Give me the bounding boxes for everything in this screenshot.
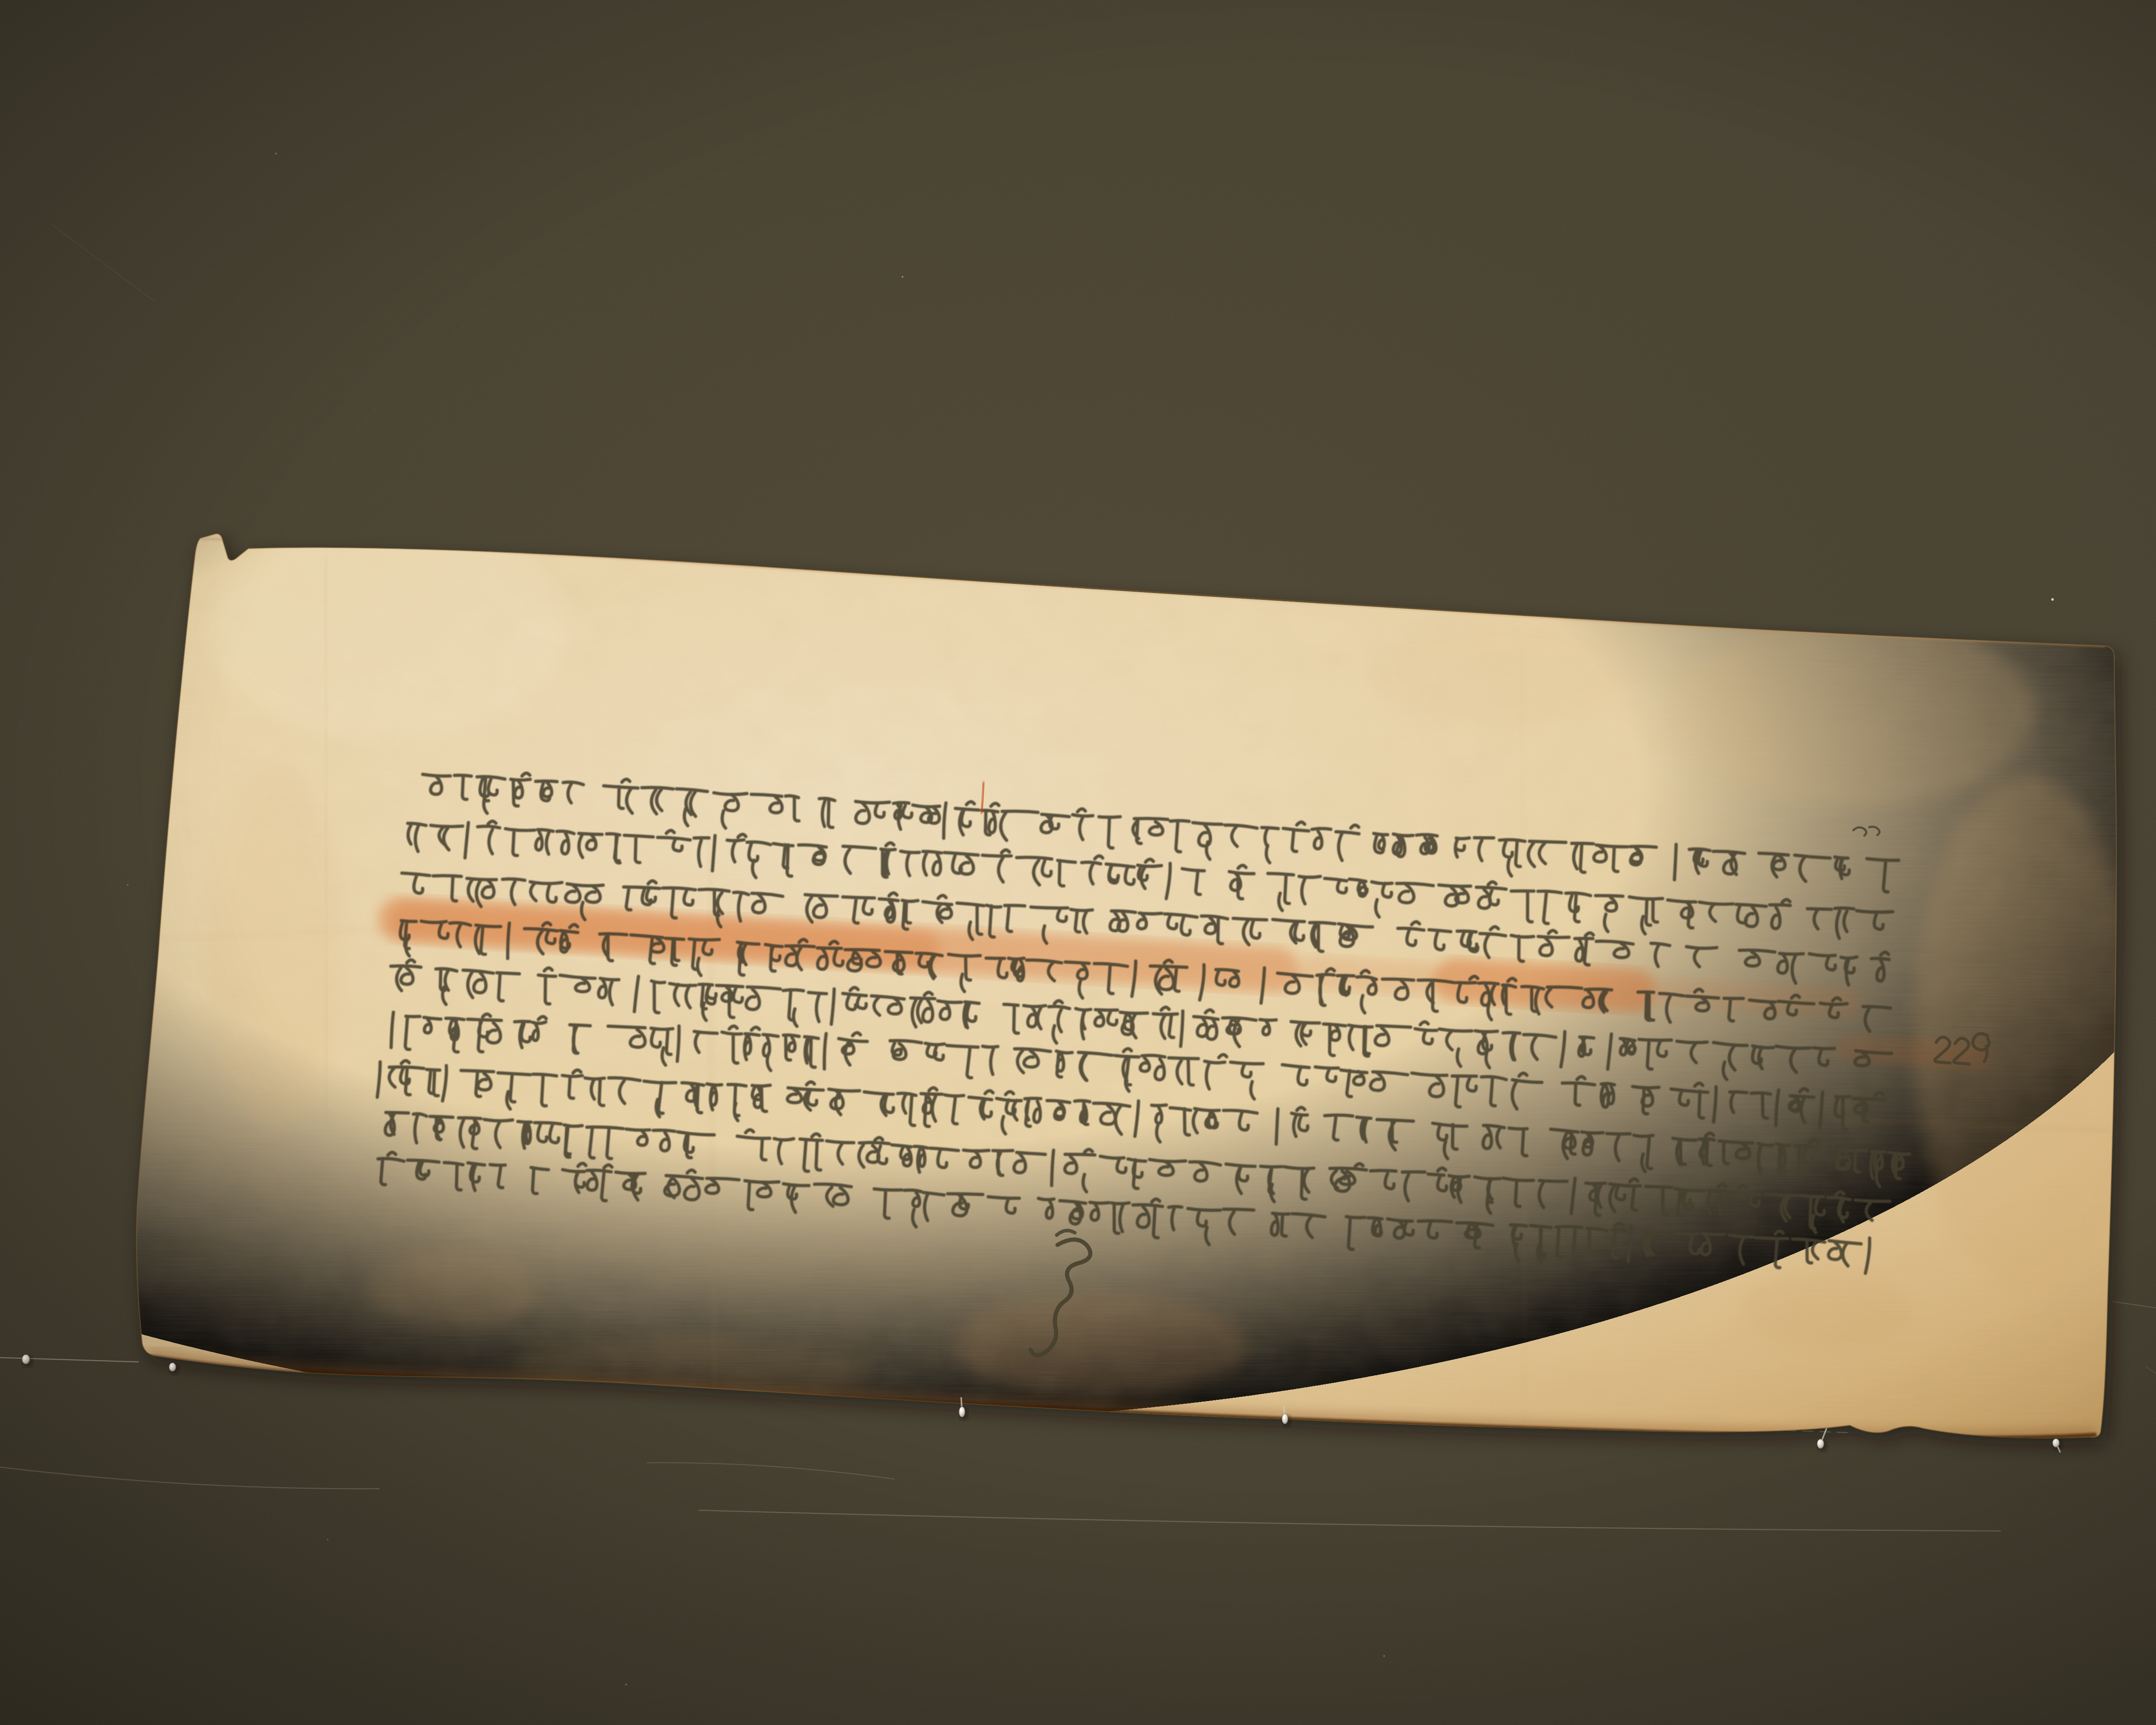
photo-stage: ব্ঁজ্ঞং। পুনবকে নবানে শ্রীমসেনঽ ভূতোবীনা… xyxy=(0,0,2156,1725)
photo-vignette xyxy=(0,0,2156,1725)
manuscript-photo: ব্ঁজ্ঞং। পুনবকে নবানে শ্রীমসেনঽ ভূতোবীনা… xyxy=(0,0,2156,1725)
